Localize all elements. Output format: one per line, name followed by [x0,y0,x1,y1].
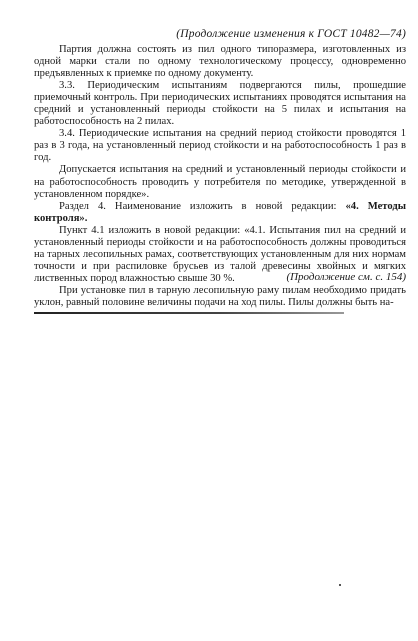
paragraph-section-4: Раздел 4. Наименование изложить в новой … [34,201,406,225]
paragraph-batch: Партия должна состоять из пил одного тип… [34,44,406,80]
scan-speck [339,584,341,586]
continuation-note: (Продолжение см. с. 154) [286,271,406,283]
paragraph-3-4: 3.4. Периодические испытания на средний … [34,128,406,164]
section-4-text: Раздел 4. Наименование изложить в новой … [59,201,346,212]
paragraph-3-3: 3.3. Периодическим испытаниям подвергают… [34,80,406,128]
page-header: (Продолжение изменения к ГОСТ 10482—74) [176,28,406,40]
paragraph-allowed-tests: Допускается испытания на средний и устан… [34,164,406,200]
paragraph-installation: При установке пил в тарную лесопильную р… [34,285,406,309]
horizontal-rule [34,312,344,314]
document-body: Партия должна состоять из пил одного тип… [34,44,406,309]
